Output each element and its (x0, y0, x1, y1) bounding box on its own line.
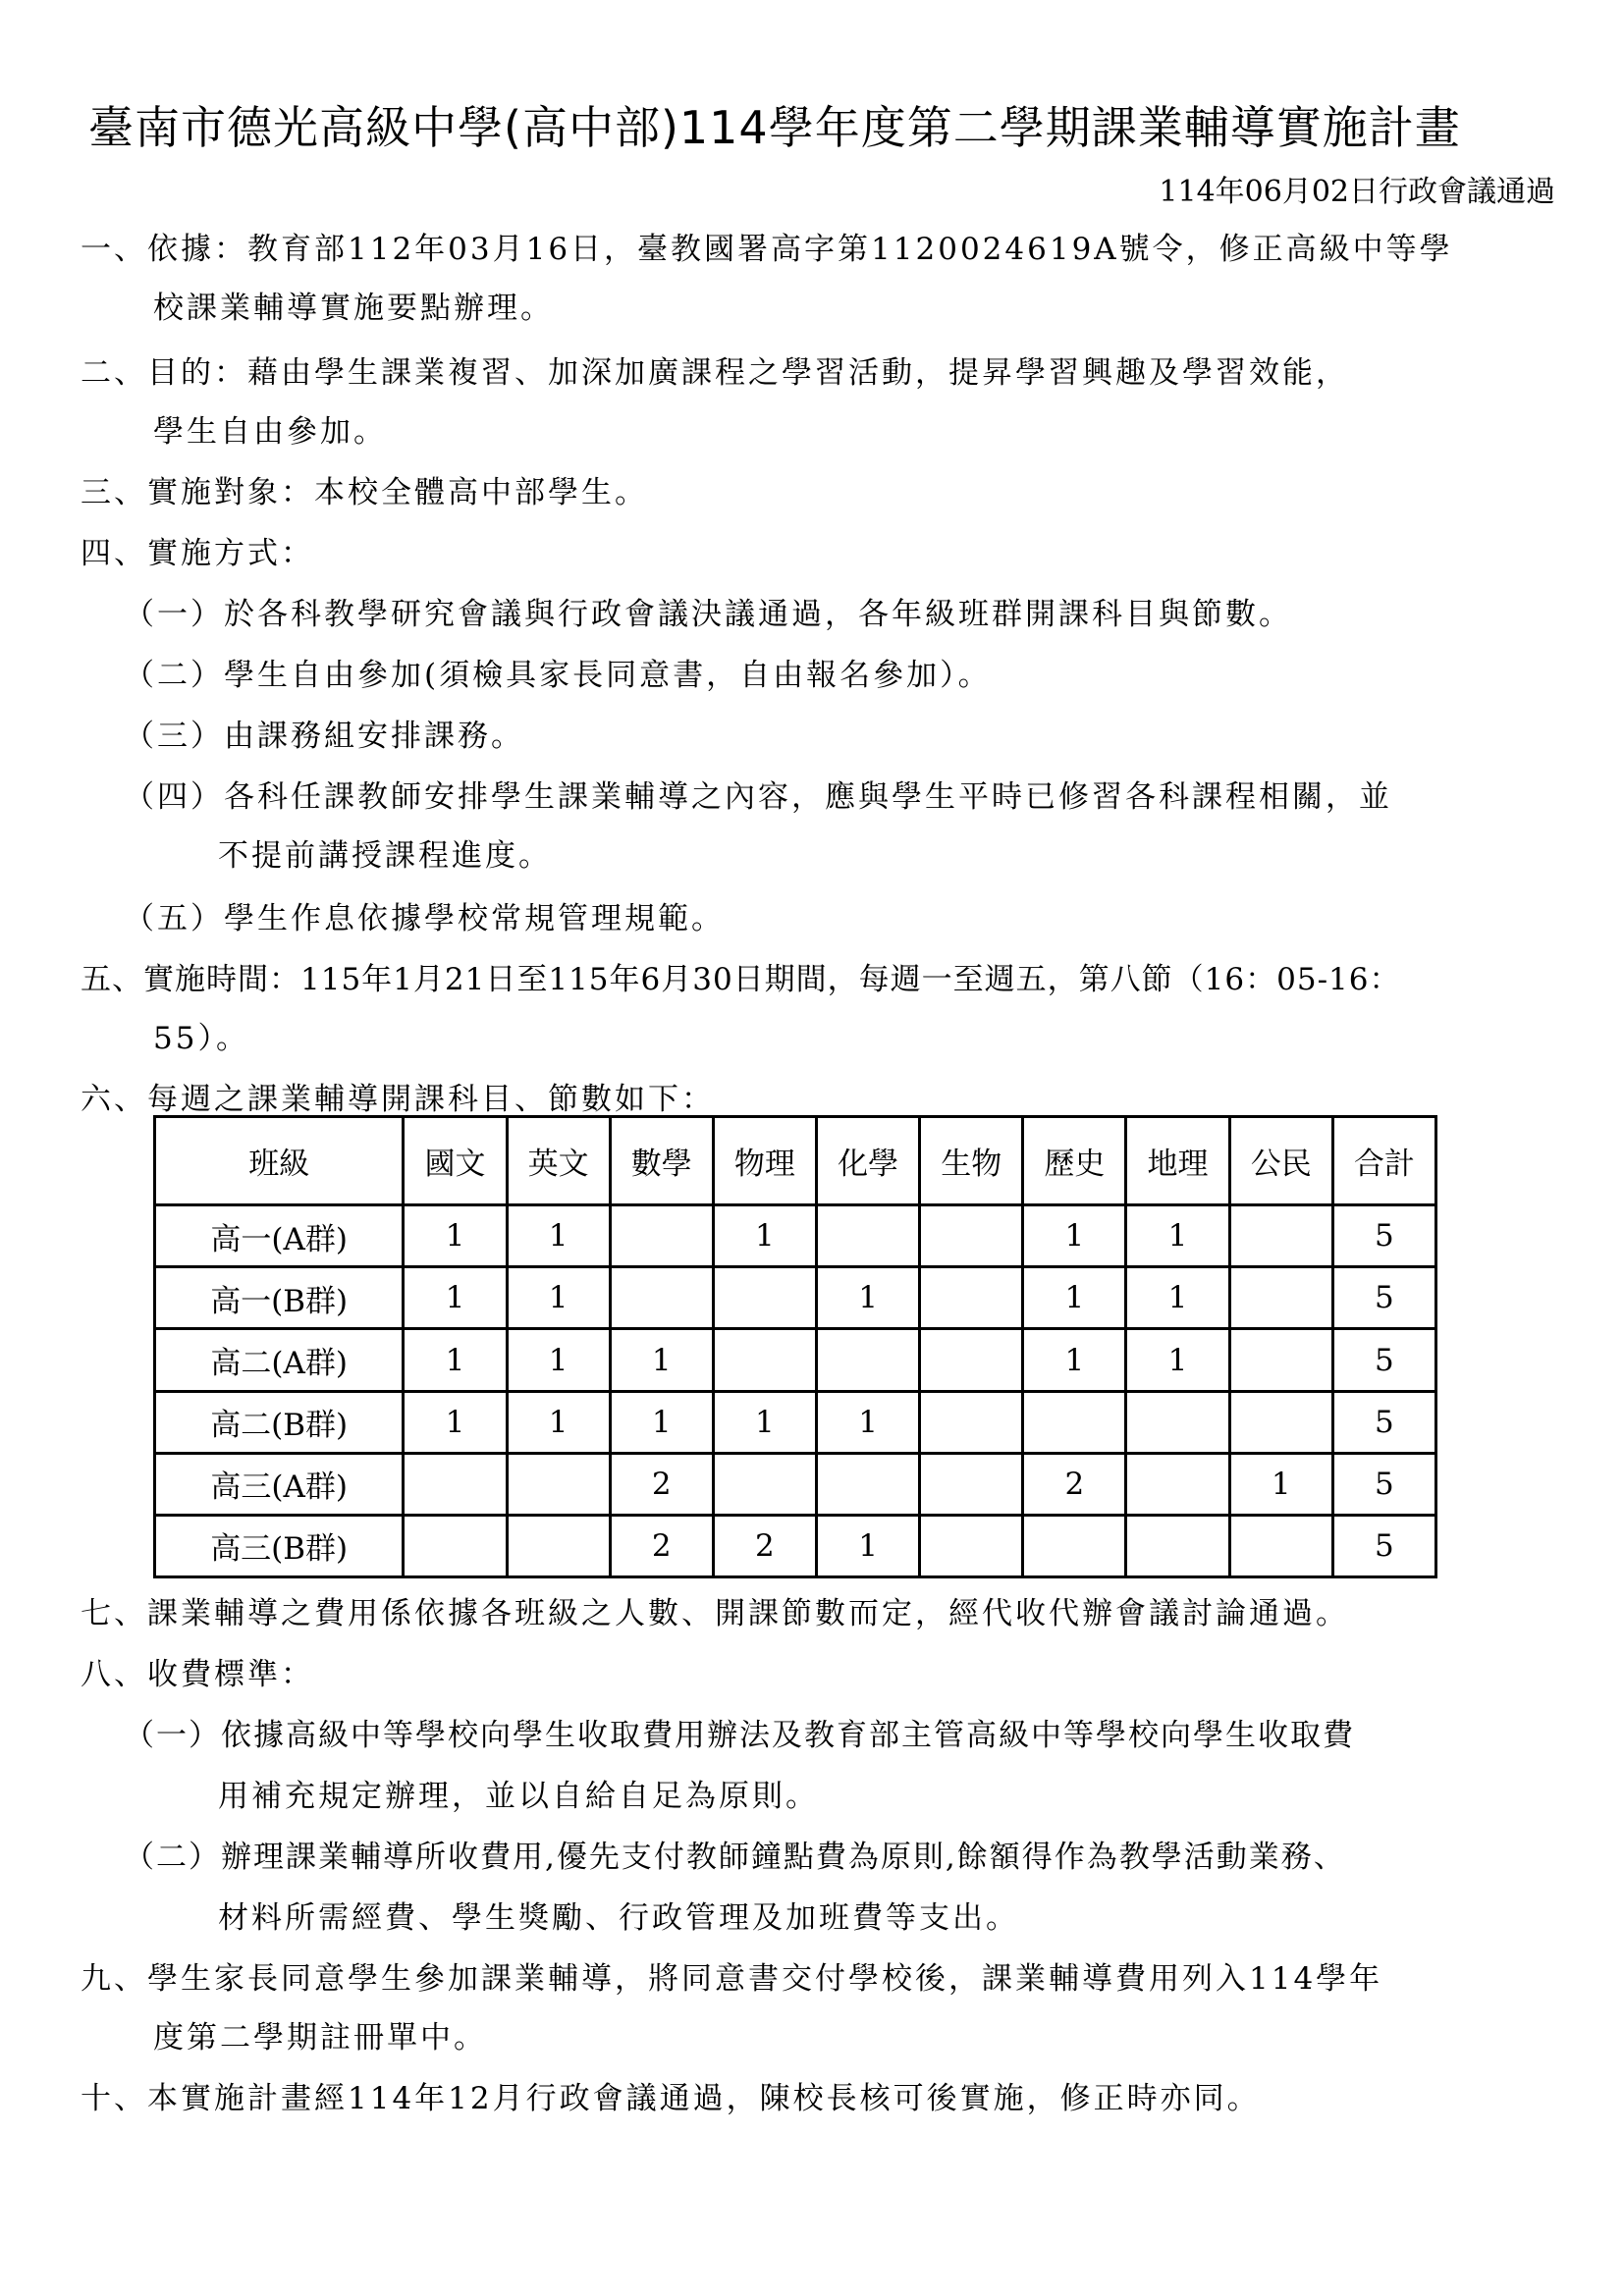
cell (404, 1515, 507, 1576)
cell: 1 (1229, 1453, 1332, 1515)
item-number: （一） (124, 597, 224, 632)
section-number: 二、 (81, 351, 147, 395)
cell: 1 (404, 1267, 507, 1329)
cell (610, 1205, 713, 1267)
cell (1229, 1267, 1332, 1329)
section-number: 六、 (81, 1078, 147, 1121)
cell-total: 5 (1332, 1205, 1435, 1267)
document-title: 臺南市德光高級中學(高中部)114學年度第二學期課業輔導實施計畫 (88, 98, 1561, 157)
cell (920, 1453, 1023, 1515)
section-text: 學生家長同意學生參加課業輔導，將同意書交付學校後，課業輔導費用列入114學年 (147, 1961, 1382, 1997)
cell-class: 高一(A群) (155, 1205, 404, 1267)
section-8-item-2-cont: 材料所需經費、學生獎勵、行政管理及加班費等支出。 (218, 1896, 1019, 1940)
cell-class: 高一(B群) (155, 1267, 404, 1329)
header-english: 英文 (507, 1117, 610, 1205)
header-math: 數學 (610, 1117, 713, 1205)
table-row: 高三(A群) 2 2 1 5 (155, 1453, 1436, 1515)
cell-total: 5 (1332, 1329, 1435, 1391)
cell: 1 (713, 1205, 816, 1267)
cell: 2 (610, 1515, 713, 1576)
cell: 1 (507, 1267, 610, 1329)
section-number: 九、 (81, 1957, 147, 2001)
item-text: 學生自由參加(須檢具家長同意書，自由報名參加）。 (224, 658, 992, 693)
section-1: 一、依據：教育部112年03月16日，臺教國署高字第1120024619A號令，… (81, 228, 1453, 271)
section-number: 七、 (81, 1592, 147, 1635)
section-text: 本實施計畫經114年12月行政會議通過，陳校長核可後實施，修正時亦同。 (147, 2081, 1261, 2116)
table-row: 高三(B群) 2 2 1 5 (155, 1515, 1436, 1576)
section-8-item-2: （二）辦理課業輔導所收費用,優先支付教師鐘點費為原則,餘額得作為教學活動業務、 (124, 1836, 1346, 1879)
cell: 1 (1126, 1267, 1229, 1329)
cell (920, 1391, 1023, 1453)
section-number: 五、 (81, 958, 143, 1001)
section-4-item-2: （二）學生自由參加(須檢具家長同意書，自由報名參加）。 (124, 654, 992, 697)
cell-total: 5 (1332, 1391, 1435, 1453)
cell: 2 (610, 1453, 713, 1515)
cell: 1 (817, 1515, 920, 1576)
cell (1229, 1329, 1332, 1391)
section-4: 四、實施方式： (81, 532, 314, 575)
schedule-table: 班級 國文 英文 數學 物理 化學 生物 歷史 地理 公民 合計 高一(A群) … (153, 1115, 1437, 1578)
header-total: 合計 (1332, 1117, 1435, 1205)
cell (1229, 1391, 1332, 1453)
cell (1023, 1515, 1126, 1576)
cell (920, 1267, 1023, 1329)
cell (1126, 1453, 1229, 1515)
header-civics: 公民 (1229, 1117, 1332, 1205)
cell (817, 1329, 920, 1391)
cell: 1 (1126, 1329, 1229, 1391)
item-text: 依據高級中等學校向學生收取費用辦法及教育部主管高級中等學校向學生收取費 (221, 1718, 1355, 1753)
cell (713, 1329, 816, 1391)
section-text: 每週之課業輔導開課科目、節數如下： (147, 1082, 715, 1117)
table-row: 高一(B群) 1 1 1 1 1 5 (155, 1267, 1436, 1329)
section-5-cont: 55）。 (153, 1017, 249, 1060)
section-number: 一、 (81, 228, 147, 271)
item-number: （二） (124, 658, 224, 693)
cell (817, 1205, 920, 1267)
table-row: 高二(B群) 1 1 1 1 1 5 (155, 1391, 1436, 1453)
header-class: 班級 (155, 1117, 404, 1205)
cell (1229, 1515, 1332, 1576)
cell-total: 5 (1332, 1453, 1435, 1515)
cell: 1 (1023, 1267, 1126, 1329)
cell: 1 (507, 1329, 610, 1391)
section-4-item-4-cont: 不提前講授課程進度。 (218, 834, 552, 878)
cell (713, 1453, 816, 1515)
section-text: 實施對象：本校全體高中部學生。 (147, 475, 648, 510)
cell: 1 (404, 1329, 507, 1391)
table-header-row: 班級 國文 英文 數學 物理 化學 生物 歷史 地理 公民 合計 (155, 1117, 1436, 1205)
section-number: 十、 (81, 2077, 147, 2120)
cell: 1 (507, 1391, 610, 1453)
section-1-cont: 校課業輔導實施要點辦理。 (153, 287, 554, 330)
section-2: 二、目的：藉由學生課業複習、加深加廣課程之學習活動，提昇學習興趣及學習效能， (81, 351, 1349, 395)
item-number: （二） (124, 1840, 221, 1875)
item-text: 學生作息依據學校常規管理規範。 (224, 901, 725, 936)
cell-total: 5 (1332, 1267, 1435, 1329)
cell (1023, 1391, 1126, 1453)
section-text: 實施方式： (147, 536, 314, 571)
cell: 1 (610, 1329, 713, 1391)
cell: 1 (1023, 1205, 1126, 1267)
approval-note: 114年06月02日行政會議通過 (1159, 173, 1555, 212)
section-number: 四、 (81, 532, 147, 575)
cell-total: 5 (1332, 1515, 1435, 1576)
cell-class: 高二(A群) (155, 1329, 404, 1391)
cell: 1 (404, 1391, 507, 1453)
header-biology: 生物 (920, 1117, 1023, 1205)
cell: 1 (507, 1205, 610, 1267)
header-history: 歷史 (1023, 1117, 1126, 1205)
section-5: 五、實施時間：115年1月21日至115年6月30日期間，每週一至週五，第八節（… (81, 958, 1401, 1001)
section-9-cont: 度第二學期註冊單中。 (153, 2016, 487, 2059)
section-text: 依據：教育部112年03月16日，臺教國署高字第1120024619A號令，修正… (147, 232, 1453, 267)
section-10: 十、本實施計畫經114年12月行政會議通過，陳校長核可後實施，修正時亦同。 (81, 2077, 1261, 2120)
section-3: 三、實施對象：本校全體高中部學生。 (81, 471, 648, 514)
cell (713, 1267, 816, 1329)
section-text: 課業輔導之費用係依據各班級之人數、開課節數而定，經代收代辦會議討論通過。 (147, 1596, 1349, 1631)
section-8-item-1-cont: 用補充規定辦理，並以自給自足為原則。 (218, 1775, 819, 1818)
header-geography: 地理 (1126, 1117, 1229, 1205)
cell-class: 高三(A群) (155, 1453, 404, 1515)
cell: 1 (713, 1391, 816, 1453)
item-number: （三） (124, 719, 224, 754)
section-text: 實施時間：115年1月21日至115年6月30日期間，每週一至週五，第八節（16… (143, 962, 1401, 997)
item-number: （五） (124, 901, 224, 936)
cell: 1 (817, 1267, 920, 1329)
item-text: 辦理課業輔導所收費用,優先支付教師鐘點費為原則,餘額得作為教學活動業務、 (221, 1840, 1346, 1875)
section-9: 九、學生家長同意學生參加課業輔導，將同意書交付學校後，課業輔導費用列入114學年 (81, 1957, 1382, 2001)
cell (920, 1205, 1023, 1267)
item-text: 於各科教學研究會議與行政會議決議通過，各年級班群開課科目與節數。 (224, 597, 1292, 632)
cell (1126, 1515, 1229, 1576)
section-number: 三、 (81, 471, 147, 514)
header-chinese: 國文 (404, 1117, 507, 1205)
cell: 2 (713, 1515, 816, 1576)
item-number: （四） (124, 779, 224, 815)
cell (920, 1329, 1023, 1391)
item-number: （一） (124, 1718, 221, 1753)
cell (817, 1453, 920, 1515)
header-physics: 物理 (713, 1117, 816, 1205)
item-text: 由課務組安排課務。 (224, 719, 524, 754)
cell (610, 1267, 713, 1329)
cell: 1 (1023, 1329, 1126, 1391)
section-4-item-4: （四）各科任課教師安排學生課業輔導之內容，應與學生平時已修習各科課程相關，並 (124, 775, 1392, 819)
section-2-cont: 學生自由參加。 (153, 410, 387, 454)
cell-class: 高二(B群) (155, 1391, 404, 1453)
section-4-item-3: （三）由課務組安排課務。 (124, 715, 524, 758)
cell: 1 (610, 1391, 713, 1453)
cell (920, 1515, 1023, 1576)
section-7: 七、課業輔導之費用係依據各班級之人數、開課節數而定，經代收代辦會議討論通過。 (81, 1592, 1349, 1635)
section-number: 八、 (81, 1653, 147, 1696)
cell (507, 1453, 610, 1515)
cell (1126, 1391, 1229, 1453)
cell: 1 (1126, 1205, 1229, 1267)
cell (1229, 1205, 1332, 1267)
cell (404, 1453, 507, 1515)
section-8: 八、收費標準： (81, 1653, 314, 1696)
section-text: 目的：藉由學生課業複習、加深加廣課程之學習活動，提昇學習興趣及學習效能， (147, 355, 1349, 391)
cell: 1 (817, 1391, 920, 1453)
section-4-item-1: （一）於各科教學研究會議與行政會議決議通過，各年級班群開課科目與節數。 (124, 593, 1292, 636)
cell: 2 (1023, 1453, 1126, 1515)
cell: 1 (404, 1205, 507, 1267)
cell-class: 高三(B群) (155, 1515, 404, 1576)
section-4-item-5: （五）學生作息依據學校常規管理規範。 (124, 897, 725, 940)
document-page: 臺南市德光高級中學(高中部)114學年度第二學期課業輔導實施計畫 114年06月… (0, 0, 1624, 2296)
section-text: 收費標準： (147, 1657, 314, 1692)
header-chemistry: 化學 (817, 1117, 920, 1205)
item-text: 各科任課教師安排學生課業輔導之內容，應與學生平時已修習各科課程相關，並 (224, 779, 1392, 815)
cell (507, 1515, 610, 1576)
section-8-item-1: （一）依據高級中等學校向學生收取費用辦法及教育部主管高級中等學校向學生收取費 (124, 1714, 1355, 1757)
table-row: 高一(A群) 1 1 1 1 1 5 (155, 1205, 1436, 1267)
table-row: 高二(A群) 1 1 1 1 1 5 (155, 1329, 1436, 1391)
